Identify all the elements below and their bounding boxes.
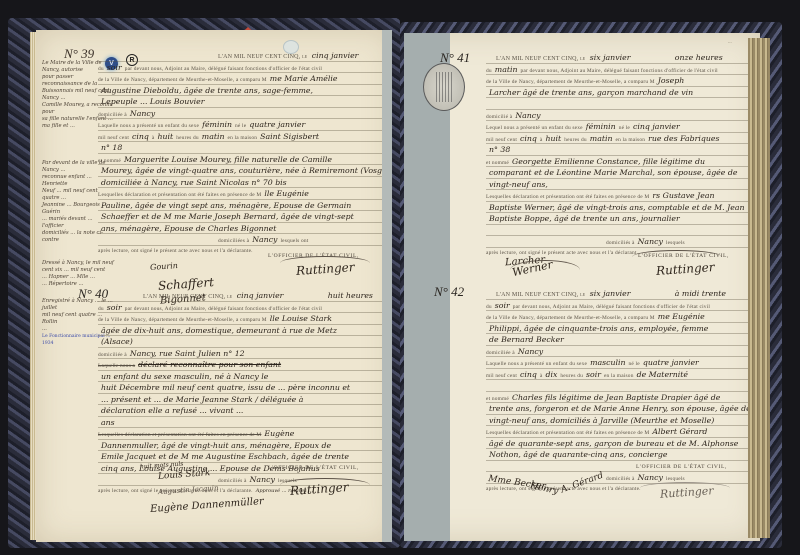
act-41-body: L'AN MIL NEUF CENT CINQ, le six janvier … bbox=[486, 52, 748, 259]
act-number: N° 41 bbox=[440, 50, 470, 66]
act-line: n° 18 bbox=[98, 142, 382, 154]
act-line: Lequel nous a présenté un enfant du sexe… bbox=[486, 121, 748, 133]
act-line: Philippi, âgée de cinquante-trois ans, e… bbox=[486, 323, 748, 335]
act-line: Schaeffer et de M me Marie Joseph Bernar… bbox=[98, 211, 382, 223]
act-line: et nomméGeorgette Emilienne Constance, f… bbox=[486, 156, 748, 168]
margin-note-3: Dressé à Nancy, le mil neuf cent six ...… bbox=[42, 260, 114, 288]
act-line: dusoirpar devant nous, Adjoint au Maire,… bbox=[486, 300, 748, 312]
act-line: de Bernard Becker bbox=[486, 334, 748, 346]
officer-label: L'OFFICIER DE L'ÉTAT CIVIL, bbox=[268, 465, 359, 471]
signature-flourish bbox=[640, 482, 730, 494]
act-line: Augustine Dieboldu, âgée de trente ans, … bbox=[98, 85, 382, 97]
act-line: un enfant du sexe masculin, né à Nancy l… bbox=[98, 371, 382, 383]
act-line: vingt-neuf ans, domiciliés à Jarville (M… bbox=[486, 415, 748, 427]
act-line bbox=[486, 380, 748, 392]
act-line: domiciliée àNancy bbox=[486, 346, 748, 358]
signature-flourish bbox=[280, 478, 370, 492]
signature: Gourin bbox=[150, 261, 178, 272]
act-line: Laquelle nous adéclaré reconnaître pour … bbox=[98, 359, 382, 371]
act-line: dumatinpar devant nous, Adjoint au Maire… bbox=[486, 64, 748, 76]
act-line: comparant et de Léontine Marie Marchal, … bbox=[486, 167, 748, 179]
act-line: n° 38 bbox=[486, 144, 748, 156]
act-line: Emile Jacquet et de M me Augustine Eschb… bbox=[98, 451, 382, 463]
act-line: Lepeuple ... Louis Bouvier bbox=[98, 96, 382, 108]
act-line: Lesquelles déclaration et présentation o… bbox=[486, 426, 748, 438]
page-edges-right bbox=[748, 38, 770, 538]
act-line: Laquelle nous a présenté un enfant du se… bbox=[98, 119, 382, 131]
act-line: Lesquelles déclaration et présentation o… bbox=[98, 188, 382, 200]
act-line: de la Ville de Nancy, département de Meu… bbox=[98, 73, 382, 85]
act-line: Mourey, âgée de vingt-quatre ans, coutur… bbox=[98, 165, 382, 177]
act-line: domiciliée à Nancy, rue Saint Nicolas n°… bbox=[98, 177, 382, 189]
act-line: ans, ménagère, Epouse de Charles Bigonne… bbox=[98, 223, 382, 235]
act-line: déclaration elle a refusé ... vivant ... bbox=[98, 405, 382, 417]
act-line: Larcher âgé de trente ans, garçon marcha… bbox=[486, 87, 748, 99]
act-line: ans bbox=[98, 417, 382, 429]
act-line: L'AN MIL NEUF CENT CINQ, le six janvier … bbox=[486, 52, 748, 64]
act-line: L'AN MIL NEUF CENT CINQ, le six janvier … bbox=[486, 288, 748, 300]
act-line: L'AN MIL NEUF CENT CINQ, le cinq janvier… bbox=[98, 290, 382, 302]
signature-flourish bbox=[510, 260, 580, 280]
act-line: Pauline, âgée de vingt sept ans, ménagèr… bbox=[98, 200, 382, 212]
act-line: âgé de quarante-sept ans, garçon de bure… bbox=[486, 438, 748, 450]
act-line: de la Ville de Nancy, département de Meu… bbox=[98, 313, 382, 325]
act-line: Baptiste Werner, âgé de vingt-trois ans,… bbox=[486, 202, 748, 214]
act-line: mil neuf centcinqàdixheures dusoiren la … bbox=[486, 369, 748, 381]
act-line: mil neuf centcinqàhuitheures dumatinen l… bbox=[486, 133, 748, 145]
signature-flourish bbox=[632, 250, 722, 264]
act-line: Nothon, âgé de quarante-cinq ans, concie… bbox=[486, 449, 748, 461]
act-line: Laquelle nous a présenté un enfant du se… bbox=[486, 357, 748, 369]
act-line: (Alsace) bbox=[98, 336, 382, 348]
act-line: de la Ville de Nancy, département de Meu… bbox=[486, 311, 748, 323]
act-line: L'AN MIL NEUF CENT CINQ, le cinq janvier… bbox=[98, 50, 382, 62]
act-line: mil neuf centcinqàhuitheures dumatinen l… bbox=[98, 131, 382, 143]
act-line bbox=[486, 98, 748, 110]
act-line: dusoirpar devant nous, Adjoint au Maire,… bbox=[98, 62, 382, 74]
act-line: domicilié àNancy bbox=[486, 110, 748, 122]
act-line: huit Décembre mil neuf cent quatre, issu… bbox=[98, 382, 382, 394]
act-line: ... présent et ... de Marie Jeanne Stark… bbox=[98, 394, 382, 406]
act-line: et nomméCharles fils légitime de Jean Ba… bbox=[486, 392, 748, 404]
act-line: Lesquelles déclaration et présentation o… bbox=[486, 190, 748, 202]
act-line: de la Ville de Nancy, département de Meu… bbox=[486, 75, 748, 87]
act-line: domiciliée àNancy, rue Saint Julien n° 1… bbox=[98, 348, 382, 360]
act-line: domiciliée àNancy bbox=[98, 108, 382, 120]
signature-flourish bbox=[280, 256, 370, 270]
binding-strip bbox=[382, 30, 392, 542]
act-line: domiciliés àNancylesquels bbox=[486, 236, 748, 248]
act-line: trente ans, forgeron et de Marie Anne He… bbox=[486, 403, 748, 415]
act-line: vingt-neuf ans, bbox=[486, 179, 748, 191]
act-line: Lesquelles déclaration et présentation o… bbox=[98, 428, 382, 440]
act-line: Dannenmuller, âgé de vingt-huit ans, mén… bbox=[98, 440, 382, 452]
act-line: âgée de dix-huit ans, domestique, demeur… bbox=[98, 325, 382, 337]
act-number: N° 39 bbox=[64, 46, 94, 62]
act-line: domiciliées àNancylesquels ont bbox=[98, 234, 382, 246]
act-number: N° 42 bbox=[434, 284, 464, 300]
official-seal-icon bbox=[423, 63, 465, 111]
officer-label: L'OFFICIER DE L'ÉTAT CIVIL, bbox=[636, 464, 727, 470]
act-line: et nomméMarguerite Louise Mourey, fille … bbox=[98, 154, 382, 166]
act-39-body: L'AN MIL NEUF CENT CINQ, le cinq janvier… bbox=[98, 50, 382, 257]
act-line: dusoirpar devant nous, Adjoint au Maire,… bbox=[98, 302, 382, 314]
page-number: ... bbox=[728, 40, 732, 45]
act-line bbox=[486, 225, 748, 237]
act-line: Baptiste Boppe, âgé de trente un ans, jo… bbox=[486, 213, 748, 225]
